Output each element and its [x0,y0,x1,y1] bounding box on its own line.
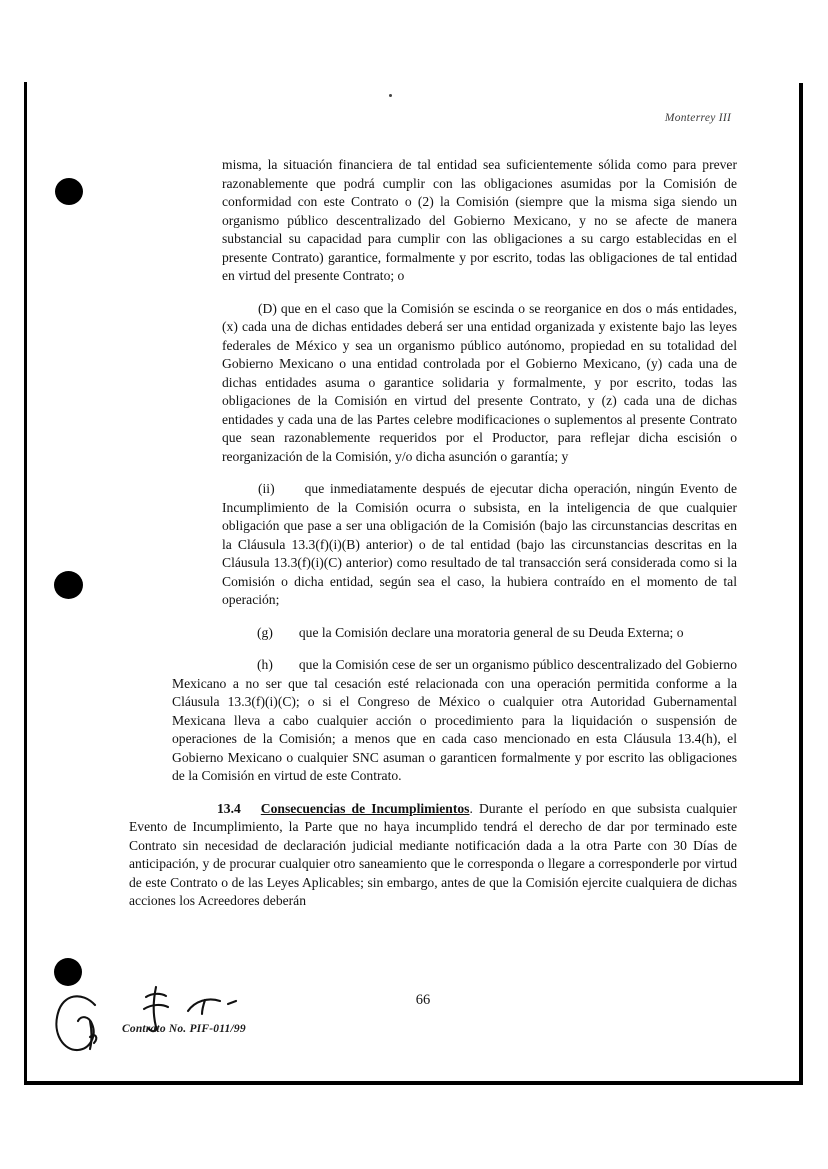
paragraph-text: . Durante el período en que subsista cua… [129,801,737,909]
paragraph-clause-D: (D) que en el caso que la Comisión se es… [222,300,737,467]
clause-label: (h) [257,657,273,672]
scan-speck [389,94,392,97]
paragraph-clause-h: (h)que la Comisión cese de ser un organi… [172,656,737,786]
paragraph-text: que la Comisión declare una moratoria ge… [299,625,684,640]
clause-label: (g) [257,625,273,640]
section-title: Consecuencias de Incumplimientos [261,801,470,816]
hole-punch-dot [54,571,83,599]
contract-body-text: misma, la situación financiera de tal en… [129,156,737,925]
paragraph-text: que inmediatamente después de ejecutar d… [222,481,737,607]
paragraph-text: que la Comisión cese de ser un organismo… [172,657,737,783]
signature-loop [56,996,95,1050]
contract-number-label: Contrato No. PIF-011/99 [122,1023,246,1035]
scanned-contract-page: Monterrey III misma, la situación financ… [0,0,828,1169]
clause-label: (ii) [258,481,275,496]
section-number: 13.4 [217,801,241,816]
running-title: Monterrey III [648,112,748,124]
page-number: 66 [403,992,443,1009]
paragraph-text: (D) que en el caso que la Comisión se es… [222,301,737,464]
signature-crossbar-upper [146,994,166,997]
page-border-right [799,83,803,1084]
paragraph-clause-g: (g)que la Comisión declare una moratoria… [172,624,737,643]
paragraph-clause-ii: (ii)que inmediatamente después de ejecut… [222,480,737,610]
signature-dash [228,1001,236,1004]
signature-crossbar-lower [144,1005,168,1009]
page-border-left [24,82,27,1084]
paragraph-section-13-4: 13.4Consecuencias de Incumplimientos. Du… [129,800,737,911]
paragraph-text: misma, la situación financiera de tal en… [222,157,737,283]
hole-punch-dot [55,178,83,205]
paragraph-continuation: misma, la situación financiera de tal en… [222,156,737,286]
signature-swash-stem [202,1000,205,1014]
